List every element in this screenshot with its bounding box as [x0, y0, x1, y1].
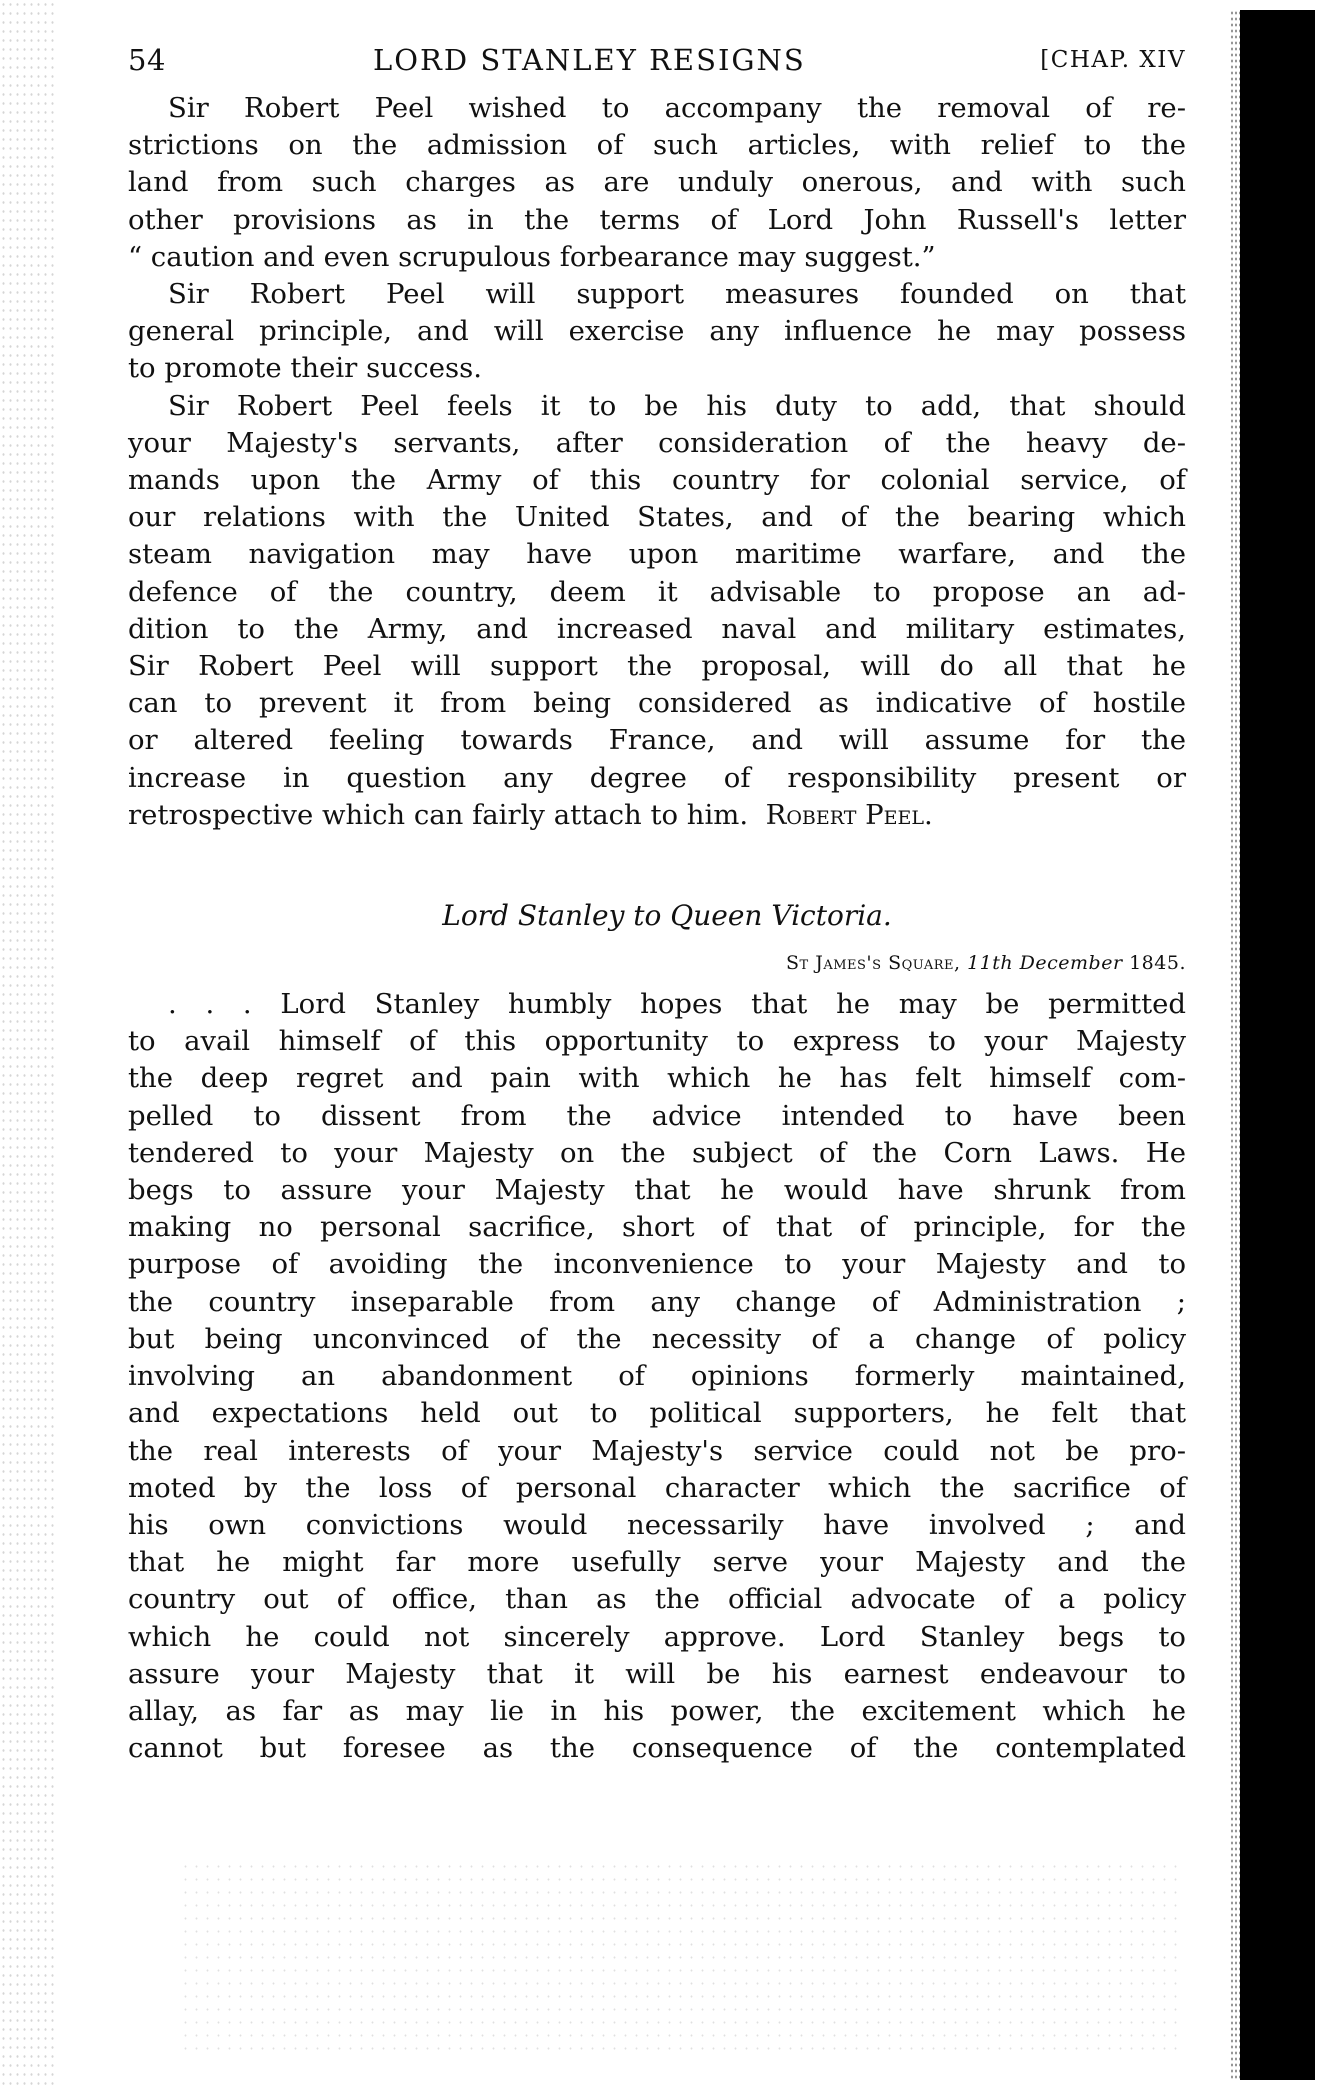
text-line: making no personal sacrifice, short of t…: [128, 1209, 1186, 1246]
text-line: Sir Robert Peel will support measures fo…: [128, 276, 1186, 313]
text-line: assure your Majesty that it will be his …: [128, 1656, 1186, 1693]
scan-margin-noise-left: [0, 0, 55, 2090]
text-line: involving an abandonment of opinions for…: [128, 1358, 1186, 1395]
text-line: our relations with the United States, an…: [128, 499, 1186, 536]
text-line: strictions on the admission of such arti…: [128, 127, 1186, 164]
dateline-year: 1845.: [1129, 952, 1186, 974]
text-line: begs to assure your Majesty that he woul…: [128, 1172, 1186, 1209]
running-title: LORD STANLEY RESIGNS: [373, 40, 806, 80]
peel-paragraph-2: Sir Robert Peel will support measures fo…: [128, 276, 1186, 388]
text-line: land from such charges as are unduly one…: [128, 164, 1186, 201]
text-line: the country inseparable from any change …: [128, 1284, 1186, 1321]
signature: Robert Peel.: [766, 799, 933, 831]
text-line: can to prevent it from being considered …: [128, 685, 1186, 722]
text-line: that he might far more usefully serve yo…: [128, 1544, 1186, 1581]
text-line: but being unconvinced of the necessity o…: [128, 1321, 1186, 1358]
text-line: “ caution and even scrupulous forbearanc…: [128, 239, 1186, 276]
text-line: dition to the Army, and increased naval …: [128, 611, 1186, 648]
text-line: . . . Lord Stanley humbly hopes that he …: [128, 986, 1186, 1023]
text-line: tendered to your Majesty on the subject …: [128, 1135, 1186, 1172]
chapter-label: [CHAP. XIV: [1040, 40, 1186, 80]
text-line: his own convictions would necessarily ha…: [128, 1507, 1186, 1544]
scan-binding-shadow: [1240, 10, 1315, 2080]
text-line: increase in question any degree of respo…: [128, 760, 1186, 797]
text-line: Sir Robert Peel feels it to be his duty …: [128, 388, 1186, 425]
text-line: country out of office, than as the offic…: [128, 1581, 1186, 1618]
dateline: St James's Square, 11th December 1845.: [128, 948, 1186, 978]
text-line: steam navigation may have upon maritime …: [128, 536, 1186, 573]
text-line: to avail himself of this opportunity to …: [128, 1023, 1186, 1060]
text-line: cannot but foresee as the consequence of…: [128, 1730, 1186, 1767]
text-line: mands upon the Army of this country for …: [128, 462, 1186, 499]
text-line: your Majesty's servants, after considera…: [128, 425, 1186, 462]
text-line: the deep regret and pain with which he h…: [128, 1060, 1186, 1097]
text-line: to promote their success.: [128, 350, 1186, 387]
dateline-place: St James's Square,: [786, 952, 961, 974]
text-line: which he could not sincerely approve. Lo…: [128, 1619, 1186, 1656]
text-line: allay, as far as may lie in his power, t…: [128, 1693, 1186, 1730]
text-line: or altered feeling towards France, and w…: [128, 722, 1186, 759]
peel-paragraph-1: Sir Robert Peel wished to accompany the …: [128, 90, 1186, 276]
peel-paragraph-3: Sir Robert Peel feels it to be his duty …: [128, 388, 1186, 834]
text-line: Sir Robert Peel wished to accompany the …: [128, 90, 1186, 127]
text-line: other provisions as in the terms of Lord…: [128, 202, 1186, 239]
text-line: the real interests of your Majesty's ser…: [128, 1433, 1186, 1470]
text-fragment: retrospective which can fairly attach to…: [128, 799, 748, 831]
text-line-with-signature: retrospective which can fairly attach to…: [128, 797, 1186, 834]
page-number: 54: [128, 40, 166, 80]
book-page: 54 LORD STANLEY RESIGNS [CHAP. XIV Sir R…: [128, 40, 1186, 1767]
text-line: moted by the loss of personal character …: [128, 1470, 1186, 1507]
running-header: 54 LORD STANLEY RESIGNS [CHAP. XIV: [128, 40, 1186, 80]
text-line: Sir Robert Peel will support the proposa…: [128, 648, 1186, 685]
text-line: defence of the country, deem it advisabl…: [128, 574, 1186, 611]
scan-margin-noise-bottom: [180, 1860, 1180, 2060]
text-line: and expectations held out to political s…: [128, 1395, 1186, 1432]
text-line: pelled to dissent from the advice intend…: [128, 1098, 1186, 1135]
dateline-day: 11th December: [967, 952, 1122, 974]
text-line: general principle, and will exercise any…: [128, 313, 1186, 350]
stanley-letter-body: . . . Lord Stanley humbly hopes that he …: [128, 986, 1186, 1767]
text-line: purpose of avoiding the inconvenience to…: [128, 1246, 1186, 1283]
letter-heading: Lord Stanley to Queen Victoria.: [128, 896, 1186, 936]
